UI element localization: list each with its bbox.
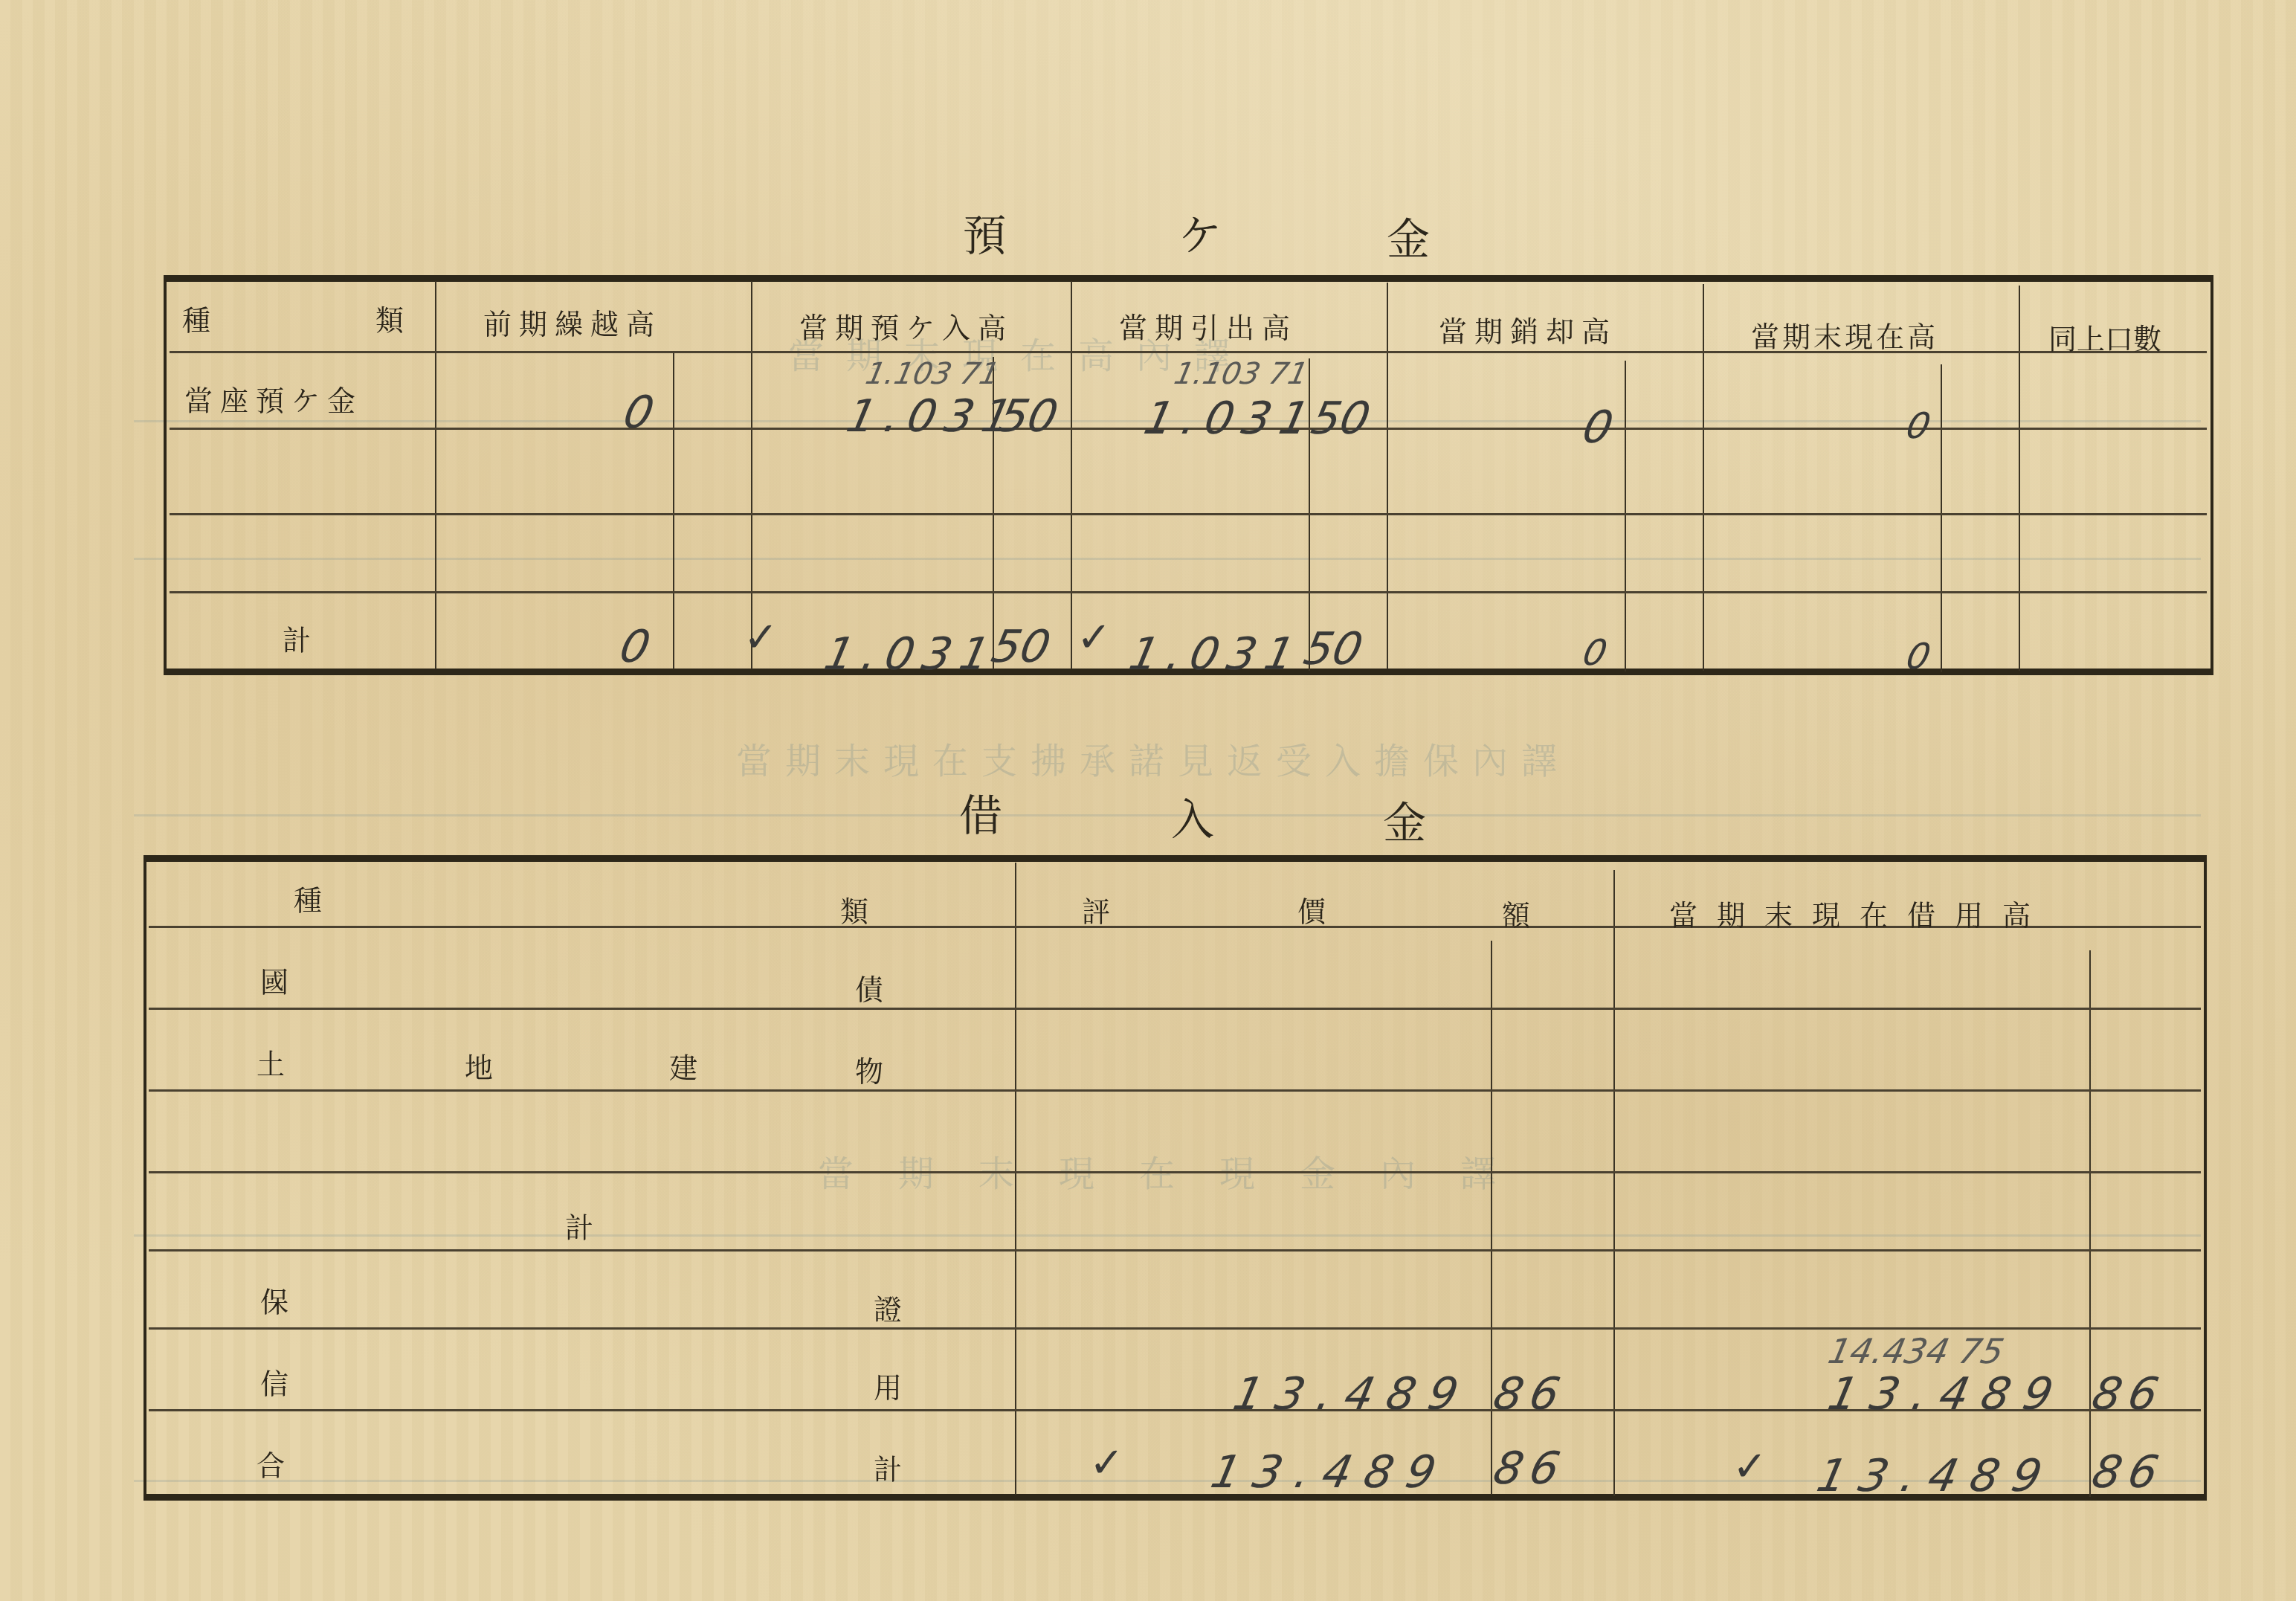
total-valuation-yen: 13.489 [1207, 1446, 1454, 1498]
cell-period-withdrawals-sen: 50 [1307, 393, 1375, 445]
cell-period-withdrawals-yen: 1.031 [1140, 393, 1323, 445]
row-label-char: 證 [874, 1286, 902, 1327]
title-char: 借 [959, 781, 1002, 843]
row-label-char: 物 [855, 1048, 883, 1089]
check-mark-icon: ✓ [1089, 1439, 1124, 1487]
column-divider [2019, 286, 2020, 671]
bleed-through-text: 當期末現在支拂承諾見返受入擔保內譯 [736, 732, 1570, 784]
header-period-deposits: 當期預ケ入高 [799, 305, 1013, 346]
header-account-count: 同上口數 [2048, 316, 2161, 357]
total-valuation-sen: 86 [1489, 1443, 1572, 1495]
total-period-deposits-yen: 1.031 [820, 628, 1004, 680]
header-type-right: 類 [375, 297, 404, 338]
title-char: 金 [1387, 204, 1430, 267]
column-divider [1387, 283, 1388, 669]
cell-borrowed-yen: 13.489 [1824, 1368, 2071, 1420]
cell-correction: 1.103 71 [862, 357, 1002, 391]
bleed-through-line [134, 814, 2201, 816]
total-label: 計 [283, 617, 311, 658]
total-period-withdrawals-yen: 1.031 [1125, 628, 1309, 680]
column-divider [1071, 281, 1072, 669]
header-period-writeoff: 當期銷却高 [1439, 309, 1617, 349]
row-label-char: 土 [257, 1041, 285, 1082]
header-period-end-balance: 當期末現在高 [1751, 314, 1938, 355]
column-divider [1613, 870, 1615, 1496]
column-divider [751, 281, 752, 669]
row-label-char: 國 [260, 959, 288, 1000]
title-char: ケ [1178, 201, 1222, 263]
column-divider [1703, 284, 1704, 671]
row-label-char: 計 [874, 1446, 902, 1487]
cell-borrowed-correction: 14.434 75 [1825, 1331, 2008, 1371]
header-prev-carryover: 前期繰越高 [483, 301, 662, 342]
row-divider [149, 1008, 2201, 1010]
header-valuation-char: 評 [1082, 889, 1110, 930]
header-type-left: 種 [182, 297, 210, 338]
total-borrowed-yen: 13.489 [1813, 1450, 2060, 1502]
check-mark-icon: ✓ [1732, 1443, 1767, 1491]
row-label-char: 計 [565, 1205, 593, 1246]
total-borrowed-sen: 86 [2088, 1446, 2170, 1498]
sen-divider [673, 353, 674, 669]
row-label-char: 信 [260, 1361, 288, 1402]
column-divider [1015, 863, 1016, 1495]
row-divider [149, 1249, 2201, 1252]
row-label-char: 建 [669, 1045, 697, 1086]
check-mark-icon: ✓ [744, 613, 778, 662]
row-divider [149, 1327, 2201, 1330]
header-type-right: 類 [840, 889, 868, 930]
total-period-withdrawals-sen: 50 [1300, 623, 1367, 675]
cell-valuation-sen: 86 [1489, 1368, 1572, 1420]
cell-correction: 1.103 71 [1171, 357, 1311, 391]
check-mark-icon: ✓ [1077, 613, 1112, 662]
row-divider [149, 1089, 2201, 1092]
total-period-deposits-sen: 50 [987, 621, 1055, 673]
cell-period-deposits-sen: 50 [995, 390, 1062, 442]
column-divider [435, 281, 436, 669]
header-period-withdrawals: 當期引出高 [1119, 305, 1297, 346]
cell-valuation-yen: 13.489 [1229, 1368, 1477, 1420]
title-char: 預 [963, 201, 1006, 263]
cell-borrowed-sen: 86 [2088, 1368, 2170, 1420]
header-period-end-borrowed: 當期末現在借用高 [1669, 892, 2050, 933]
title-char: 入 [1171, 785, 1214, 847]
row-label-char: 地 [465, 1045, 493, 1086]
title-char: 金 [1383, 788, 1426, 851]
sen-divider [1941, 364, 1942, 672]
row-divider [170, 513, 2207, 515]
header-valuation-char: 額 [1502, 892, 1530, 933]
header-type-left: 種 [294, 877, 322, 918]
row-label-char: 保 [260, 1279, 288, 1320]
row-label-char: 債 [855, 967, 883, 1008]
sen-divider [1625, 361, 1626, 671]
row-type-label: 當座預ケ金 [184, 378, 363, 419]
row-divider [149, 1171, 2201, 1173]
row-label-char: 用 [874, 1365, 902, 1405]
header-valuation-char: 價 [1297, 889, 1326, 930]
row-label-char: 合 [257, 1443, 285, 1484]
row-divider [170, 591, 2207, 593]
